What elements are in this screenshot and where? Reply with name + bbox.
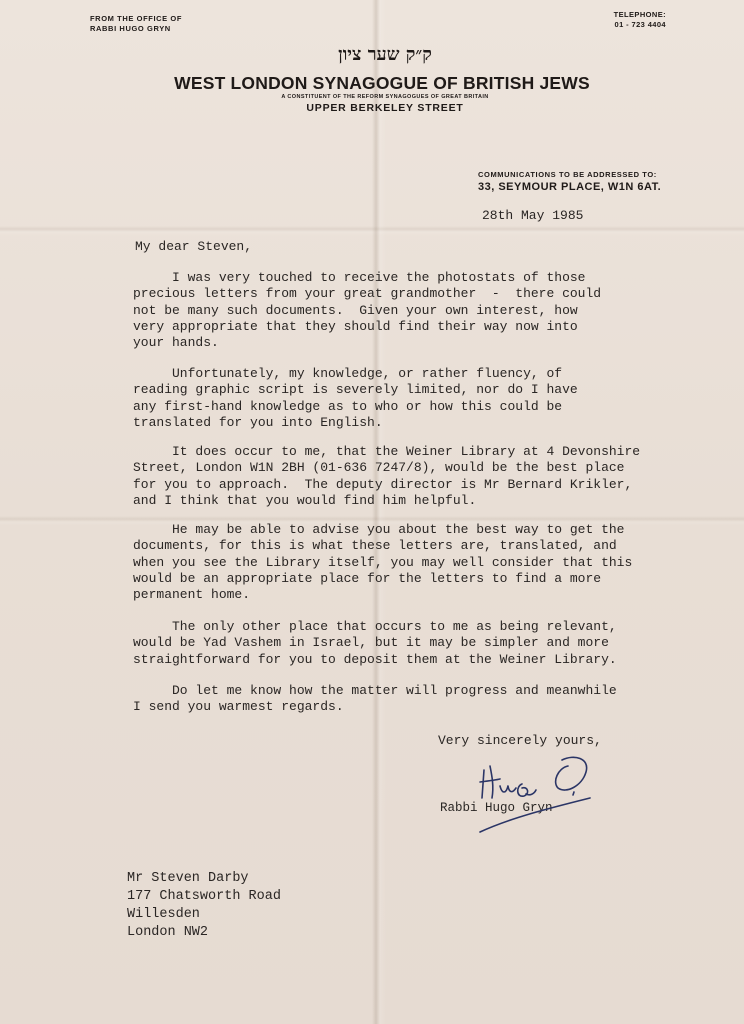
body-paragraph: It does occur to me, that the Weiner Lib… <box>133 444 693 509</box>
handwritten-signature-icon <box>470 752 600 834</box>
closing: Very sincerely yours, <box>438 733 602 748</box>
body-paragraph: Unfortunately, my knowledge, or rather f… <box>133 366 693 431</box>
recipient-address: Mr Steven Darby 177 Chatsworth Road Will… <box>127 870 281 942</box>
from-office-block: FROM THE OFFICE OF RABBI HUGO GRYN <box>90 14 182 34</box>
body-paragraph: I was very touched to receive the photos… <box>133 270 693 351</box>
telephone-label: TELEPHONE: <box>600 10 666 20</box>
organization-name: WEST LONDON SYNAGOGUE OF BRITISH JEWS <box>168 73 596 94</box>
street-line: UPPER BERKELEY STREET <box>260 102 510 114</box>
body-paragraph: Do let me know how the matter will progr… <box>133 683 693 716</box>
communications-label: COMMUNICATIONS TO BE ADDRESSED TO: <box>478 170 657 179</box>
constituent-line: A CONSTITUENT OF THE REFORM SYNAGOGUES O… <box>230 94 540 100</box>
from-office-line-1: FROM THE OFFICE OF <box>90 14 182 24</box>
salutation: My dear Steven, <box>135 239 252 254</box>
letter-date: 28th May 1985 <box>482 208 583 223</box>
telephone-number: 01 - 723 4404 <box>600 20 666 30</box>
hebrew-title: ק״ק שער ציון <box>300 44 470 65</box>
body-paragraph: He may be able to advise you about the b… <box>133 522 693 603</box>
communications-address: 33, SEYMOUR PLACE, W1N 6AT. <box>478 181 661 193</box>
from-office-line-2: RABBI HUGO GRYN <box>90 24 182 34</box>
telephone-block: TELEPHONE: 01 - 723 4404 <box>600 10 666 30</box>
letter-paper: FROM THE OFFICE OF RABBI HUGO GRYN TELEP… <box>0 0 744 1024</box>
body-paragraph: The only other place that occurs to me a… <box>133 619 693 668</box>
